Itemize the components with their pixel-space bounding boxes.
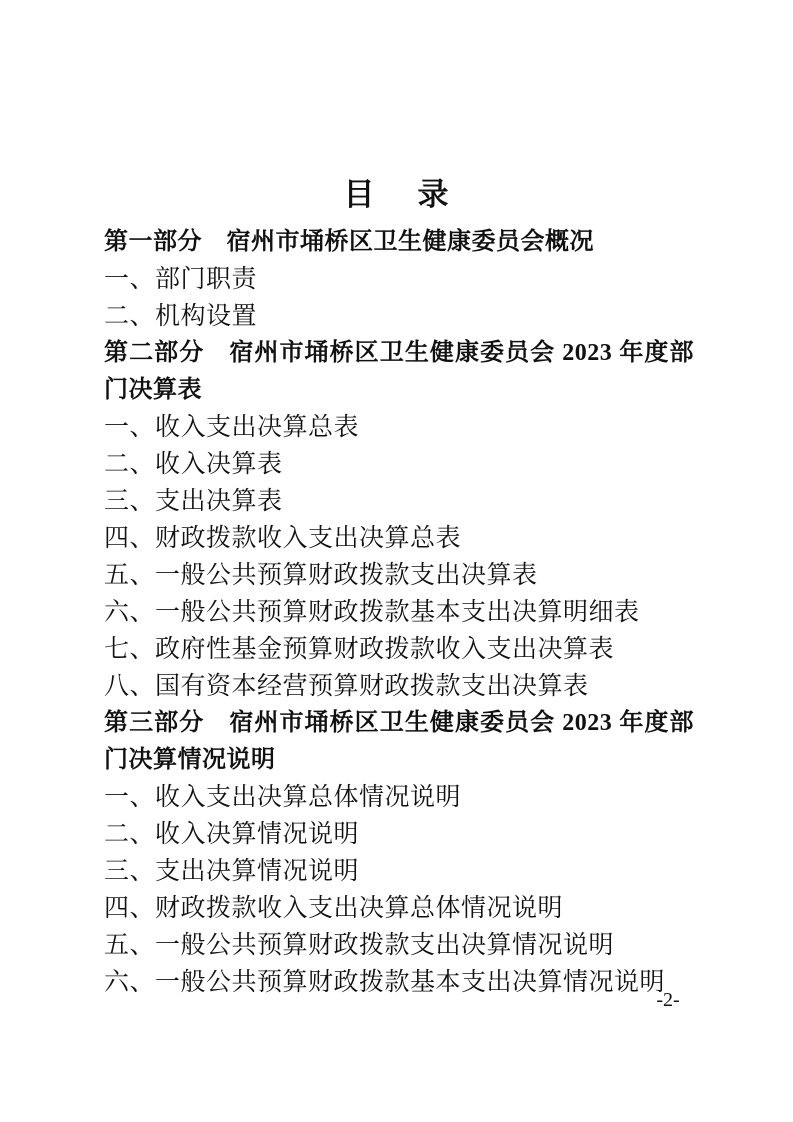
toc-item: 六、一般公共预算财政拨款基本支出决算情况说明 (104, 964, 694, 1001)
toc-item: 三、支出决算表 (104, 483, 694, 520)
toc-section-2: 第二部分 宿州市埇桥区卫生健康委员会 2023 年度部门决算表 一、收入支出决算… (104, 335, 694, 705)
toc-item: 八、国有资本经营预算财政拨款支出决算表 (104, 668, 694, 705)
toc-item: 四、财政拨款收入支出决算总表 (104, 520, 694, 557)
toc-item: 二、收入决算情况说明 (104, 816, 694, 853)
page-number: -2- (632, 986, 704, 1014)
toc-item: 五、一般公共预算财政拨款支出决算表 (104, 557, 694, 594)
toc-item: 二、收入决算表 (104, 446, 694, 483)
toc-section-3: 第三部分 宿州市埇桥区卫生健康委员会 2023 年度部门决算情况说明 一、收入支… (104, 705, 694, 1001)
page-title: 目 录 (104, 172, 694, 218)
toc-item: 七、政府性基金预算财政拨款收入支出决算表 (104, 631, 694, 668)
toc-item: 一、部门职责 (104, 261, 694, 298)
toc-item: 六、一般公共预算财政拨款基本支出决算明细表 (104, 594, 694, 631)
toc: 第一部分 宿州市埇桥区卫生健康委员会概况 一、部门职责 二、机构设置 第二部分 … (104, 224, 694, 1001)
toc-section-1: 第一部分 宿州市埇桥区卫生健康委员会概况 一、部门职责 二、机构设置 (104, 224, 694, 335)
toc-item: 三、支出决算情况说明 (104, 853, 694, 890)
document-page: 目 录 第一部分 宿州市埇桥区卫生健康委员会概况 一、部门职责 二、机构设置 第… (0, 0, 793, 1122)
toc-content: 目 录 第一部分 宿州市埇桥区卫生健康委员会概况 一、部门职责 二、机构设置 第… (104, 172, 694, 1001)
toc-item: 四、财政拨款收入支出决算总体情况说明 (104, 890, 694, 927)
toc-section-heading: 第一部分 宿州市埇桥区卫生健康委员会概况 (104, 224, 694, 261)
toc-section-heading: 第二部分 宿州市埇桥区卫生健康委员会 2023 年度部门决算表 (104, 335, 694, 409)
toc-item: 五、一般公共预算财政拨款支出决算情况说明 (104, 927, 694, 964)
toc-item: 一、收入支出决算总表 (104, 409, 694, 446)
toc-item: 二、机构设置 (104, 298, 694, 335)
toc-section-heading: 第三部分 宿州市埇桥区卫生健康委员会 2023 年度部门决算情况说明 (104, 705, 694, 779)
toc-item: 一、收入支出决算总体情况说明 (104, 779, 694, 816)
